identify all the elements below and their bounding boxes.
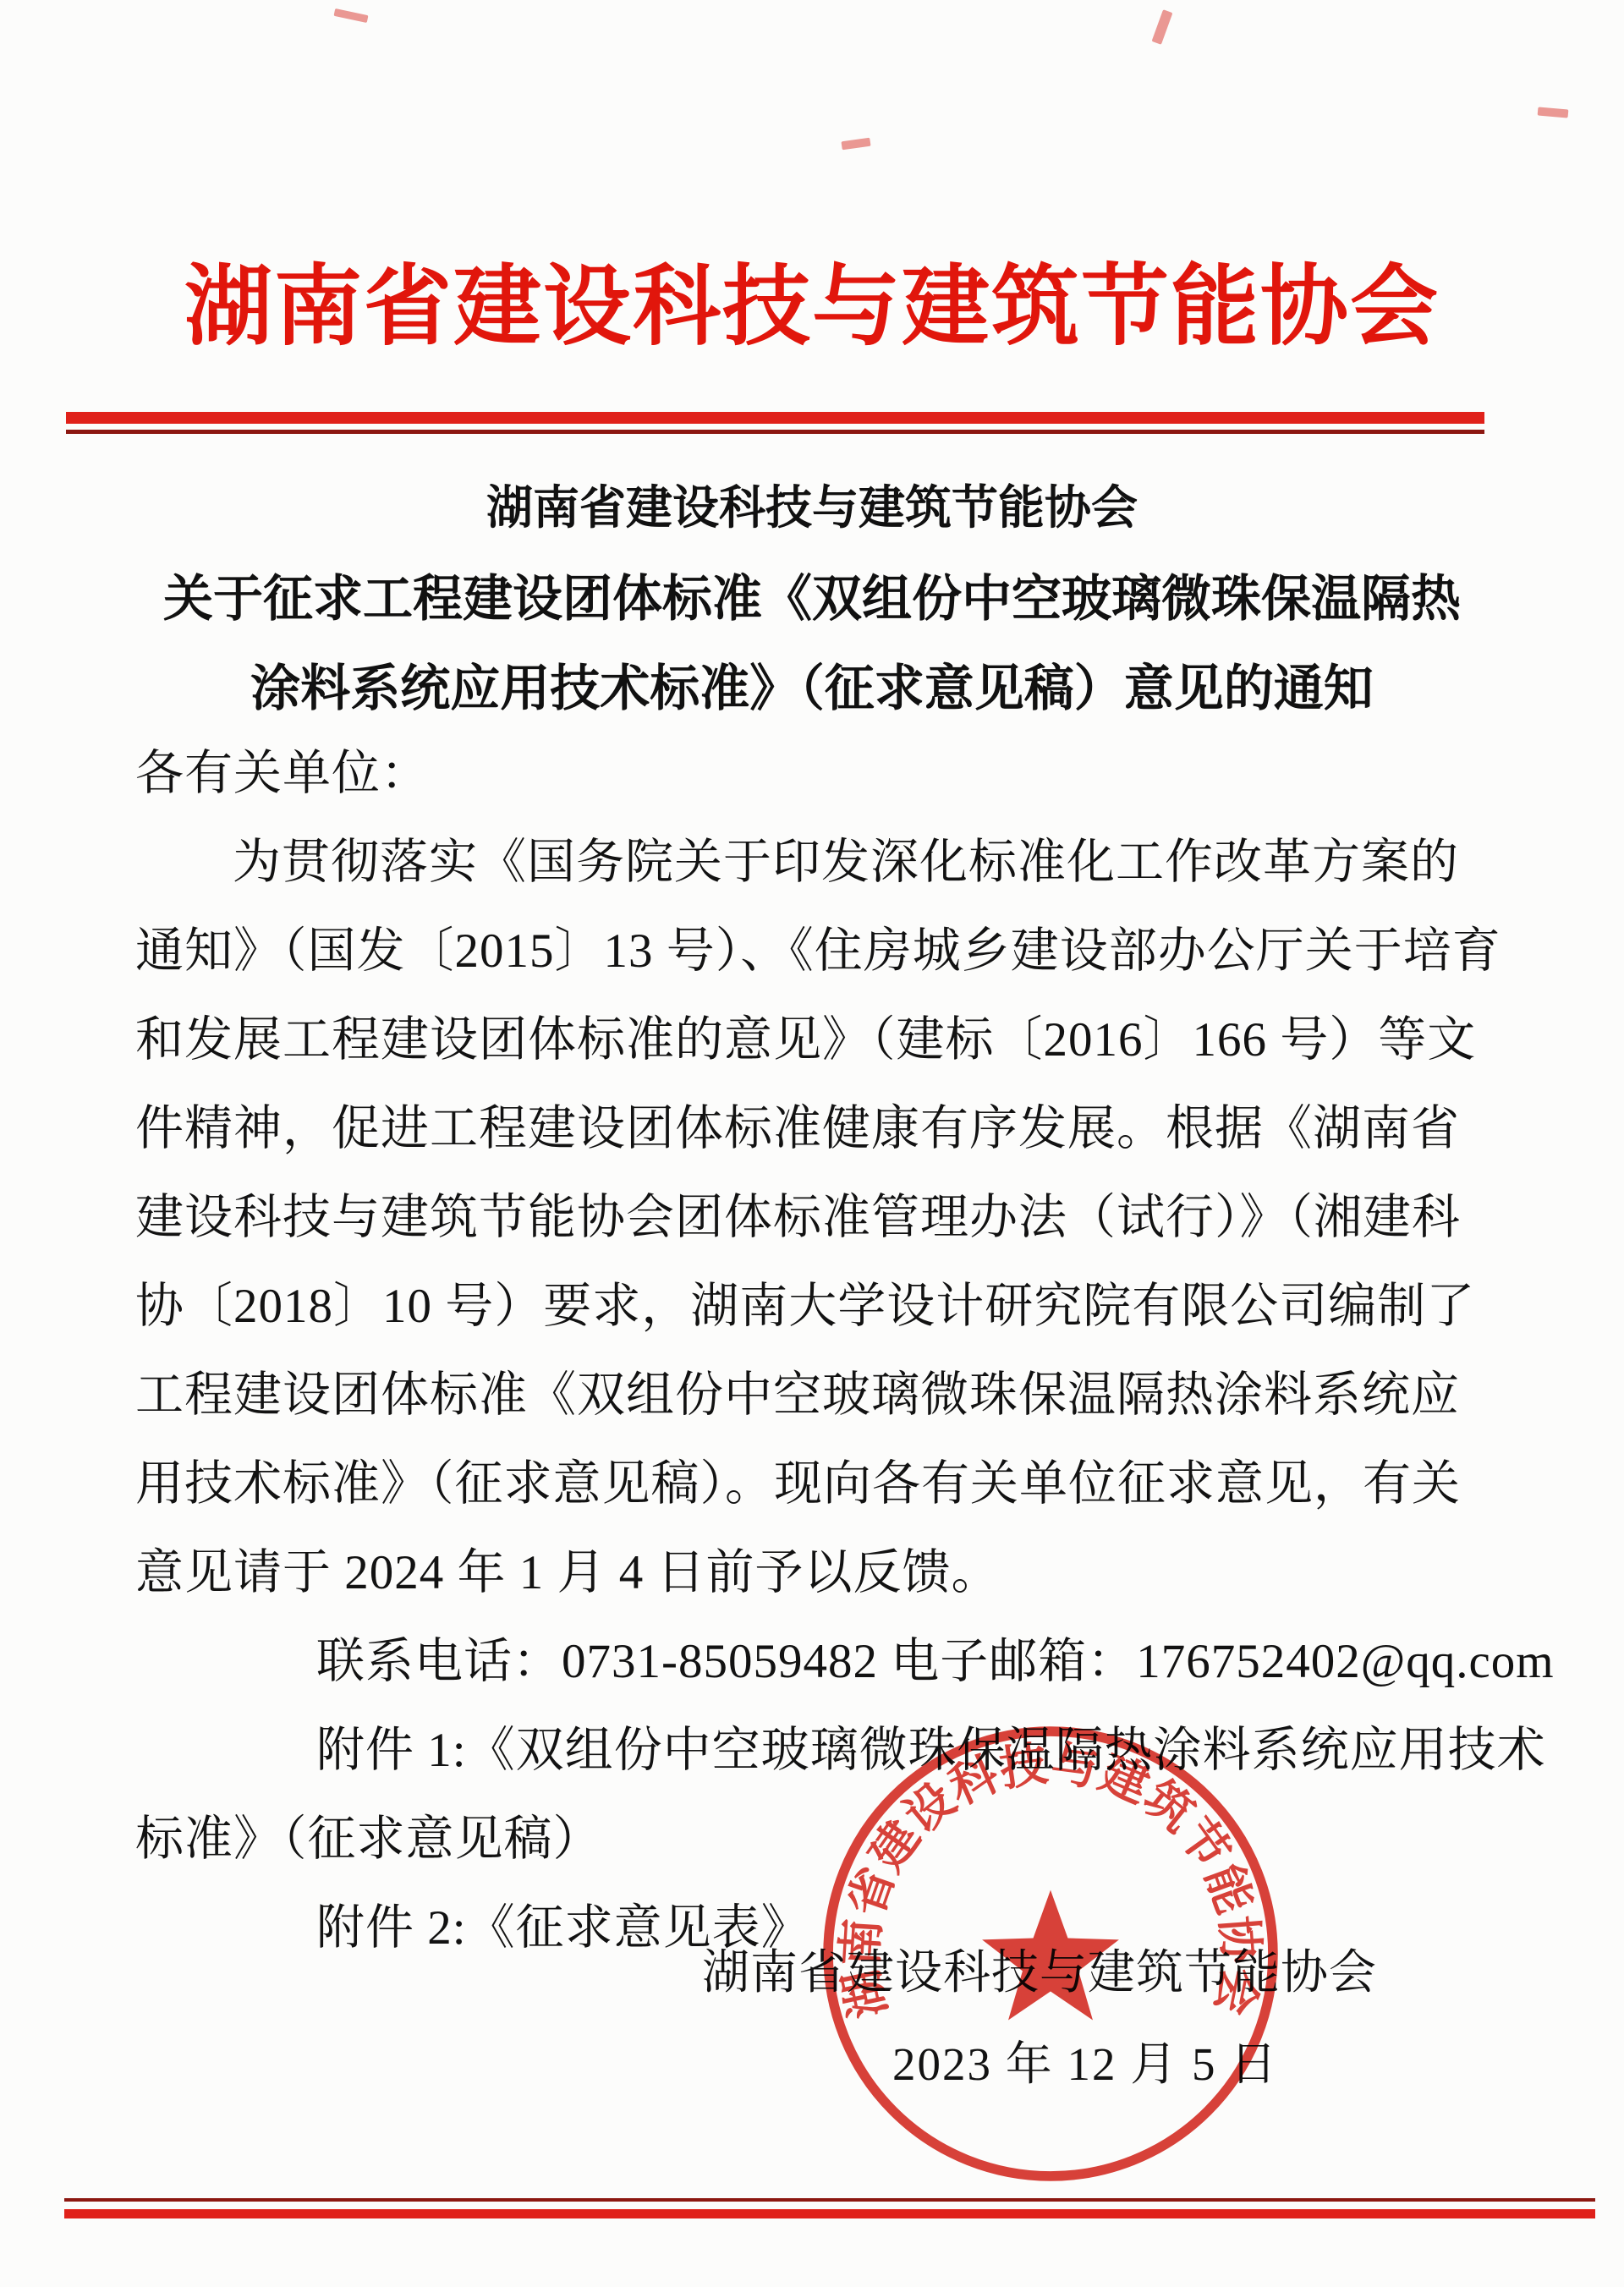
masthead-rule-thick — [66, 412, 1484, 424]
doc-title-org: 湖南省建设科技与建筑节能协会 — [0, 470, 1624, 537]
seal-star-icon — [982, 1890, 1119, 2021]
doc-title-line2: 涂料系统应用技术标准》（征求意见稿）意见的通知 — [0, 648, 1624, 720]
scan-artifact — [334, 8, 369, 23]
body-line: 各有关单位： — [135, 729, 1506, 818]
body-line: 用技术标准》（征求意见稿）。现向各有关单位征求意见，有关 — [135, 1440, 1506, 1528]
body-line: 和发展工程建设团体标准的意见》（建标〔2016〕166 号）等文 — [135, 995, 1506, 1084]
masthead-rule-thin — [66, 430, 1484, 434]
body-line: 件精神，促进工程建设团体标准健康有序发展。根据《湖南省 — [135, 1084, 1506, 1173]
footer-rule-thin — [64, 2198, 1595, 2202]
body-line: 工程建设团体标准《双组份中空玻璃微珠保温隔热涂料系统应 — [135, 1351, 1506, 1440]
scan-artifact — [1152, 9, 1173, 45]
doc-title-line1: 关于征求工程建设团体标准《双组份中空玻璃微珠保温隔热 — [0, 558, 1624, 630]
document-page: 湖南省建设科技与建筑节能协会 湖南省建设科技与建筑节能协会 关于征求工程建设团体… — [0, 0, 1624, 2287]
masthead-title: 湖南省建设科技与建筑节能协会 — [0, 235, 1624, 362]
official-seal: 湖南省建设科技与建筑节能协会 — [805, 1708, 1296, 2199]
body-line: 为贯彻落实《国务院关于印发深化标准化工作改革方案的 — [135, 818, 1506, 907]
body-line: 联系电话：0731-85059482 电子邮箱：176752402@qq.com — [135, 1617, 1506, 1706]
body-line: 建设科技与建筑节能协会团体标准管理办法（试行）》（湘建科 — [135, 1173, 1506, 1262]
scan-artifact — [1538, 107, 1569, 118]
body-line: 协〔2018〕10 号）要求，湖南大学设计研究院有限公司编制了 — [135, 1262, 1506, 1351]
body-line: 意见请于 2024 年 1 月 4 日前予以反馈。 — [135, 1528, 1506, 1617]
body-line: 通知》（国发〔2015〕13 号）、《住房城乡建设部办公厅关于培育 — [135, 907, 1506, 995]
footer-rule-thick — [64, 2209, 1595, 2218]
scan-artifact — [841, 138, 870, 151]
